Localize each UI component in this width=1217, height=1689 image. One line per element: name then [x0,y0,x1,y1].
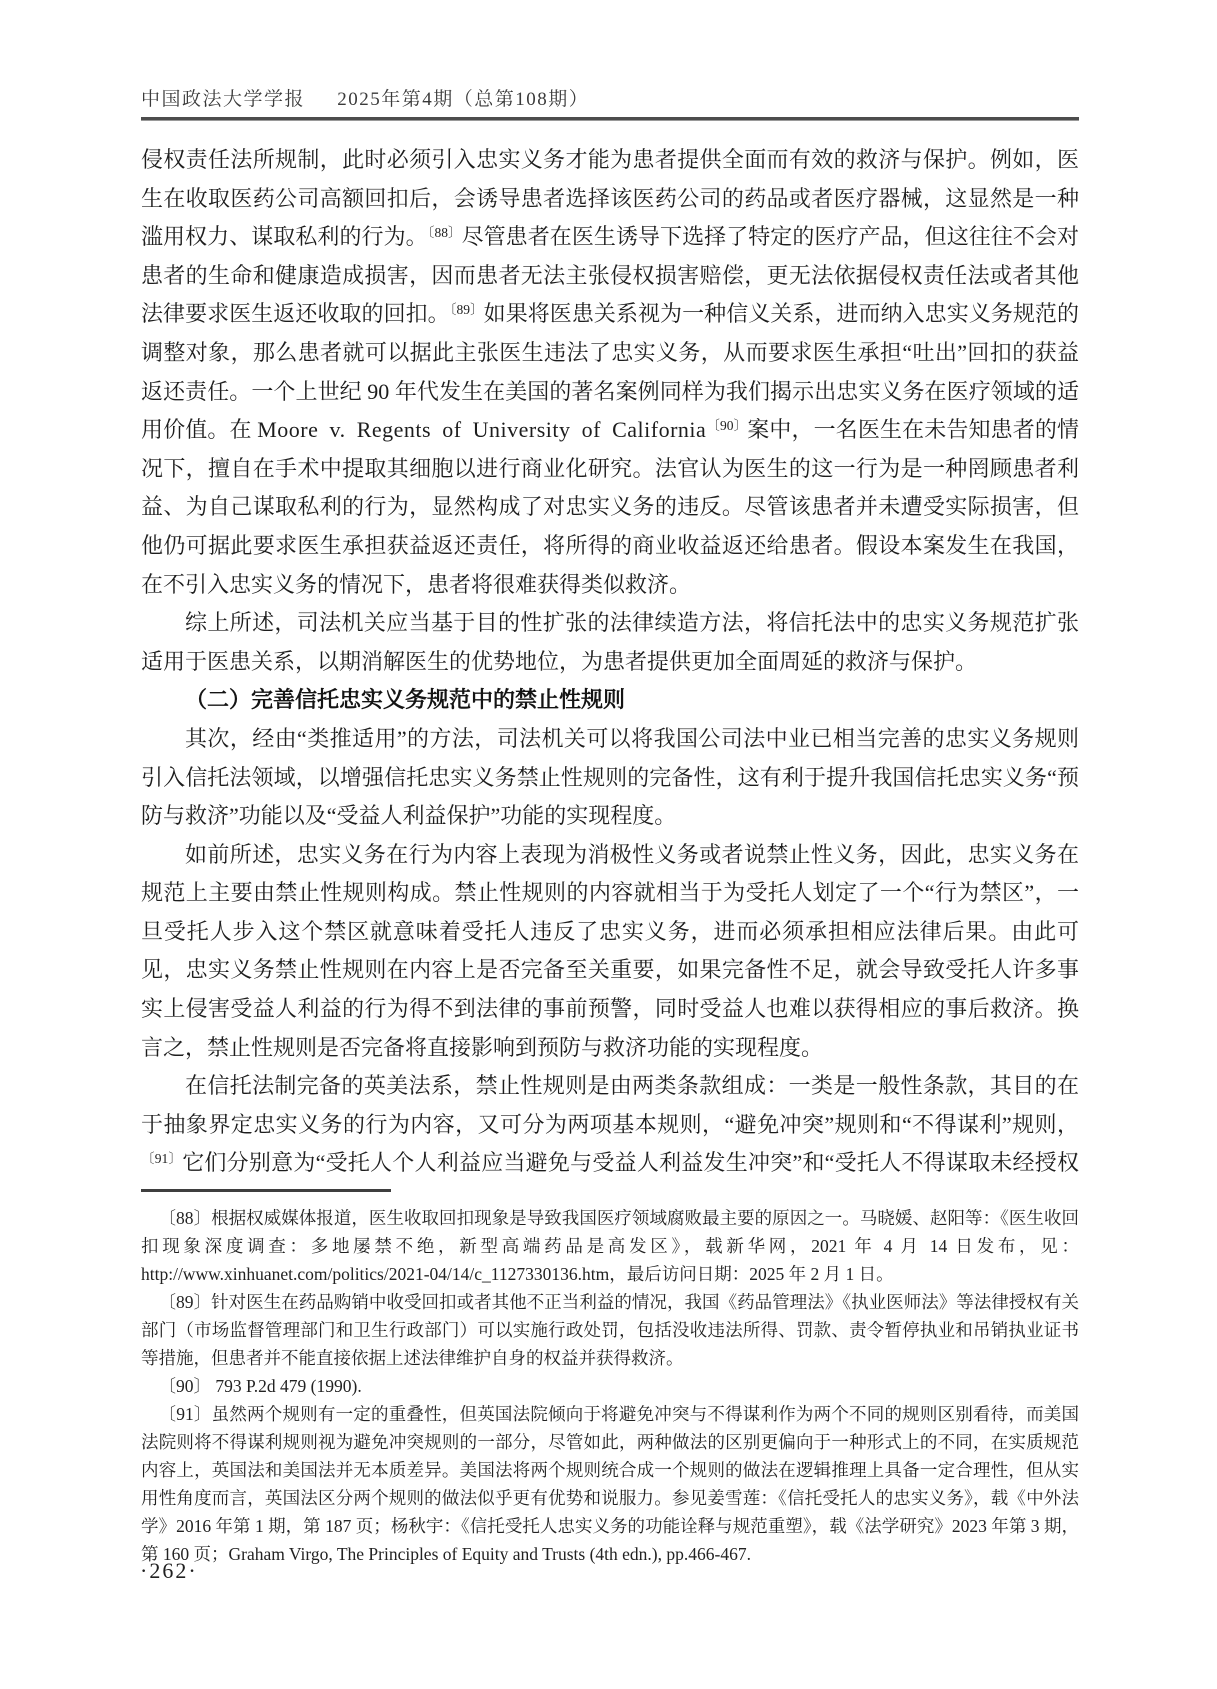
paragraph-text: 在信托法制完备的英美法系，禁止性规则是由两类条款组成：一类是一般性条款，其目的在… [141,1073,1079,1137]
footnote-ref-90: 〔90〕 [706,418,747,433]
journal-issue: 2025年第4期（总第108期） [337,89,589,110]
journal-title: 中国政法大学学报 [141,89,305,110]
section-heading: （二）完善信托忠实义务规范中的禁止性规则 [141,681,1079,720]
paragraph-text: 其次，经由“类推适用”的方法，司法机关可以将我国公司法中业已相当完善的忠实义务规… [141,726,1079,828]
footnote-89: 〔89〕针对医生在药品购销中收受回扣或者其他不正当利益的情况，我国《药品管理法》… [141,1288,1079,1372]
page-number: ·262· [140,1558,198,1584]
footnote-ref-89: 〔89〕 [450,302,484,317]
footnote-text: 793 P.2d 479 (1990). [211,1376,362,1396]
footnote-label: 〔91〕 [159,1404,212,1424]
footnote-separator [141,1189,391,1192]
footnote-label: 〔88〕 [159,1208,212,1228]
paragraph-3: 其次，经由“类推适用”的方法，司法机关可以将我国公司法中业已相当完善的忠实义务规… [141,720,1079,836]
footnote-ref-88: 〔88〕 [428,225,462,240]
journal-page: 中国政法大学学报 2025年第4期（总第108期） 侵权责任法所规制，此时必须引… [0,0,1217,1689]
footnote-text: 针对医生在药品购销中收受回扣或者其他不正当利益的情况，我国《药品管理法》《执业医… [141,1292,1079,1368]
footnote-label: 〔89〕 [159,1292,212,1312]
footnote-91: 〔91〕虽然两个规则有一定的重叠性，但英国法院倾向于将避免冲突与不得谋利作为两个… [141,1400,1079,1568]
paragraph-text: 如前所述，忠实义务在行为内容上表现为消极性义务或者说禁止性义务，因此，忠实义务在… [141,842,1079,1060]
footnote-90: 〔90〕 793 P.2d 479 (1990). [141,1372,1079,1400]
paragraph-text: 案中，一名医生在未告知患者的情况下，擅自在手术中提取其细胞以进行商业化研究。法官… [141,417,1079,596]
footnotes: 〔88〕根据权威媒体报道，医生收取回扣现象是导致我国医疗领域腐败最主要的原因之一… [141,1204,1079,1568]
page-header: 中国政法大学学报 2025年第4期（总第108期） [141,84,1079,111]
paragraph-2: 综上所述，司法机关应当基于目的性扩张的法律续造方法，将信托法中的忠实义务规范扩张… [141,604,1079,681]
paragraph-5: 在信托法制完备的英美法系，禁止性规则是由两类条款组成：一类是一般性条款，其目的在… [141,1067,1079,1187]
paragraph-text: 综上所述，司法机关应当基于目的性扩张的法律续造方法，将信托法中的忠实义务规范扩张… [141,610,1079,674]
paragraph-text: 它们分别意为“受托人个人利益应当避免与受益人利益发生冲突”和“受托人不得谋取未经… [141,1150,1079,1187]
footnote-ref-91: 〔91〕 [141,1151,182,1166]
footnote-88: 〔88〕根据权威媒体报道，医生收取回扣现象是导致我国医疗领域腐败最主要的原因之一… [141,1204,1079,1288]
case-name: Moore v. Regents of University of Califo… [257,417,706,442]
paragraph-4: 如前所述，忠实义务在行为内容上表现为消极性义务或者说禁止性义务，因此，忠实义务在… [141,836,1079,1068]
footnote-text: 根据权威媒体报道，医生收取回扣现象是导致我国医疗领域腐败最主要的原因之一。马晓媛… [141,1208,1079,1284]
footnote-label: 〔90〕 [159,1376,212,1396]
paragraph-1: 侵权责任法所规制，此时必须引入忠实义务才能为患者提供全面而有效的救济与保护。例如… [141,141,1079,604]
article-body: 侵权责任法所规制，此时必须引入忠实义务才能为患者提供全面而有效的救济与保护。例如… [141,141,1079,1187]
header-rule [141,117,1079,121]
footnote-text: 虽然两个规则有一定的重叠性，但英国法院倾向于将避免冲突与不得谋利作为两个不同的规… [141,1404,1079,1564]
